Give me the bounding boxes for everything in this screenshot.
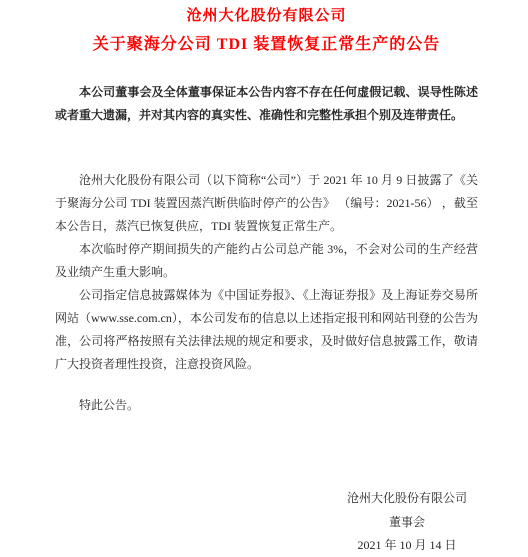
board-declaration-paragraph: 本公司董事会及全体董事保证本公告内容不存在任何虚假记载、误导性陈述或者重大遗漏，…: [55, 81, 478, 127]
disclosure-paragraph: 沧州大化股份有限公司（以下简称“公司”）于 2021 年 10 月 9 日披露了…: [55, 169, 478, 238]
announcement-title: 关于聚海分公司 TDI 装置恢复正常生产的公告: [55, 32, 478, 58]
signature-company: 沧州大化股份有限公司: [347, 487, 467, 511]
announcement-body: 沧州大化股份有限公司（以下简称“公司”）于 2021 年 10 月 9 日披露了…: [55, 169, 478, 376]
signature-board: 董事会: [389, 511, 425, 535]
company-title: 沧州大化股份有限公司: [55, 3, 478, 29]
signature-block: 沧州大化股份有限公司 董事会 2021 年 10 月 14 日: [347, 487, 467, 557]
announcement-page: 沧州大化股份有限公司 关于聚海分公司 TDI 装置恢复正常生产的公告 本公司董事…: [0, 0, 528, 557]
closing-statement: 特此公告。: [55, 394, 478, 417]
impact-paragraph: 本次临时停产期间损失的产能约占公司总产能 3%，不会对公司的生产经营及业绩产生重…: [55, 238, 478, 284]
signature-date: 2021 年 10 月 14 日: [357, 534, 456, 557]
media-paragraph: 公司指定信息披露媒体为《中国证券报》、《上海证券报》及上海证券交易所网站（www…: [55, 284, 478, 376]
